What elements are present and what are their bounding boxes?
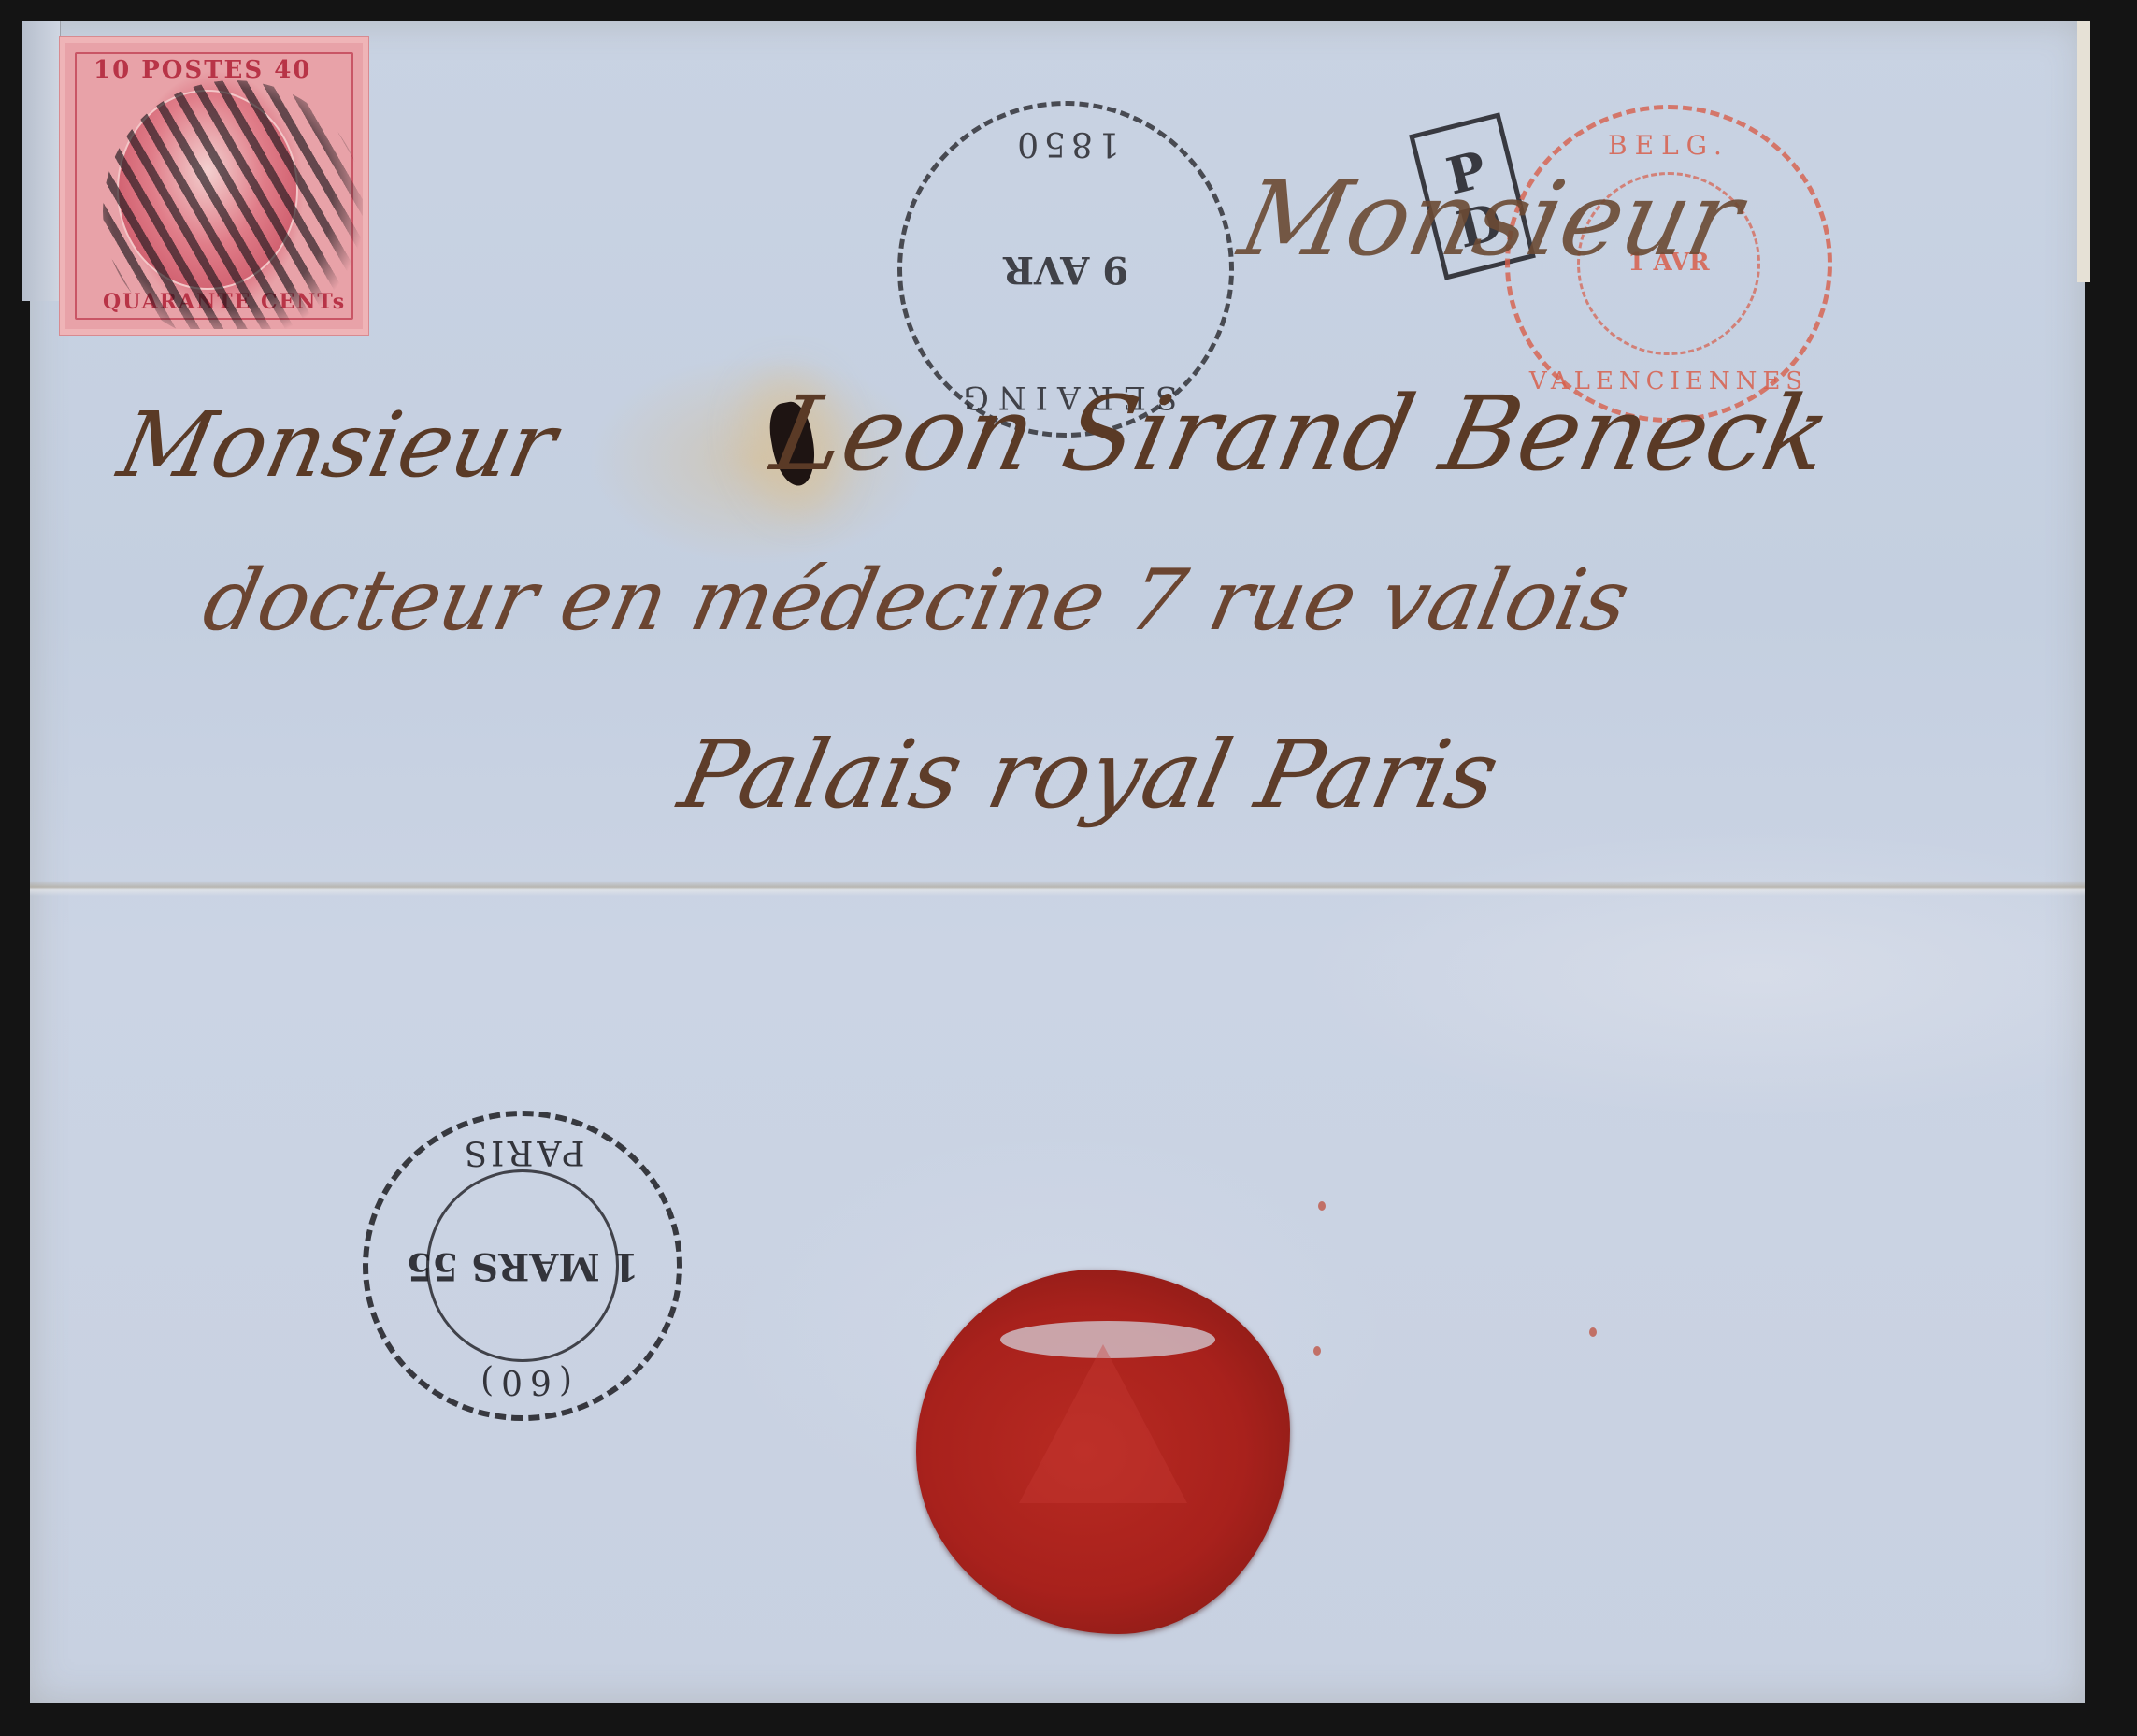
handwritten-title: Monsieur xyxy=(110,393,565,497)
postmark-inner-ring xyxy=(426,1169,619,1362)
seal-emblem-icon xyxy=(1019,1344,1187,1503)
bar-cancel-mark xyxy=(103,80,365,335)
postmark-date: 9 AVR xyxy=(1003,247,1128,292)
postmark-paris: (60) 1 MARS 55 PARIS xyxy=(363,1111,682,1421)
wax-speck xyxy=(1589,1327,1597,1337)
fold-line xyxy=(30,881,2085,896)
stamp-top-text: 10 POSTES 40 xyxy=(93,56,311,84)
postage-stamp: 10 POSTES 40 QUARANTE CENTs xyxy=(60,37,368,335)
right-flap-edge xyxy=(2077,21,2090,282)
postmark-bottom-text: PARIS xyxy=(461,1133,585,1171)
left-flap-edge xyxy=(22,21,61,301)
postmark-ring-text: BELG. xyxy=(1608,130,1729,161)
handwritten-recipient-name: Leon Sirand Beneck xyxy=(763,374,1840,494)
wax-speck xyxy=(1313,1346,1321,1356)
wax-speck xyxy=(1318,1201,1326,1211)
postmark-year: 1850 xyxy=(1011,124,1120,163)
postmark-ring-text: (60) xyxy=(473,1362,572,1400)
handwritten-city-line: Palais royal Paris xyxy=(671,720,1508,829)
handwritten-address-line: docteur en médecine 7 rue valois xyxy=(195,552,1638,650)
handwritten-salutation: Monsieur xyxy=(1230,159,1751,279)
